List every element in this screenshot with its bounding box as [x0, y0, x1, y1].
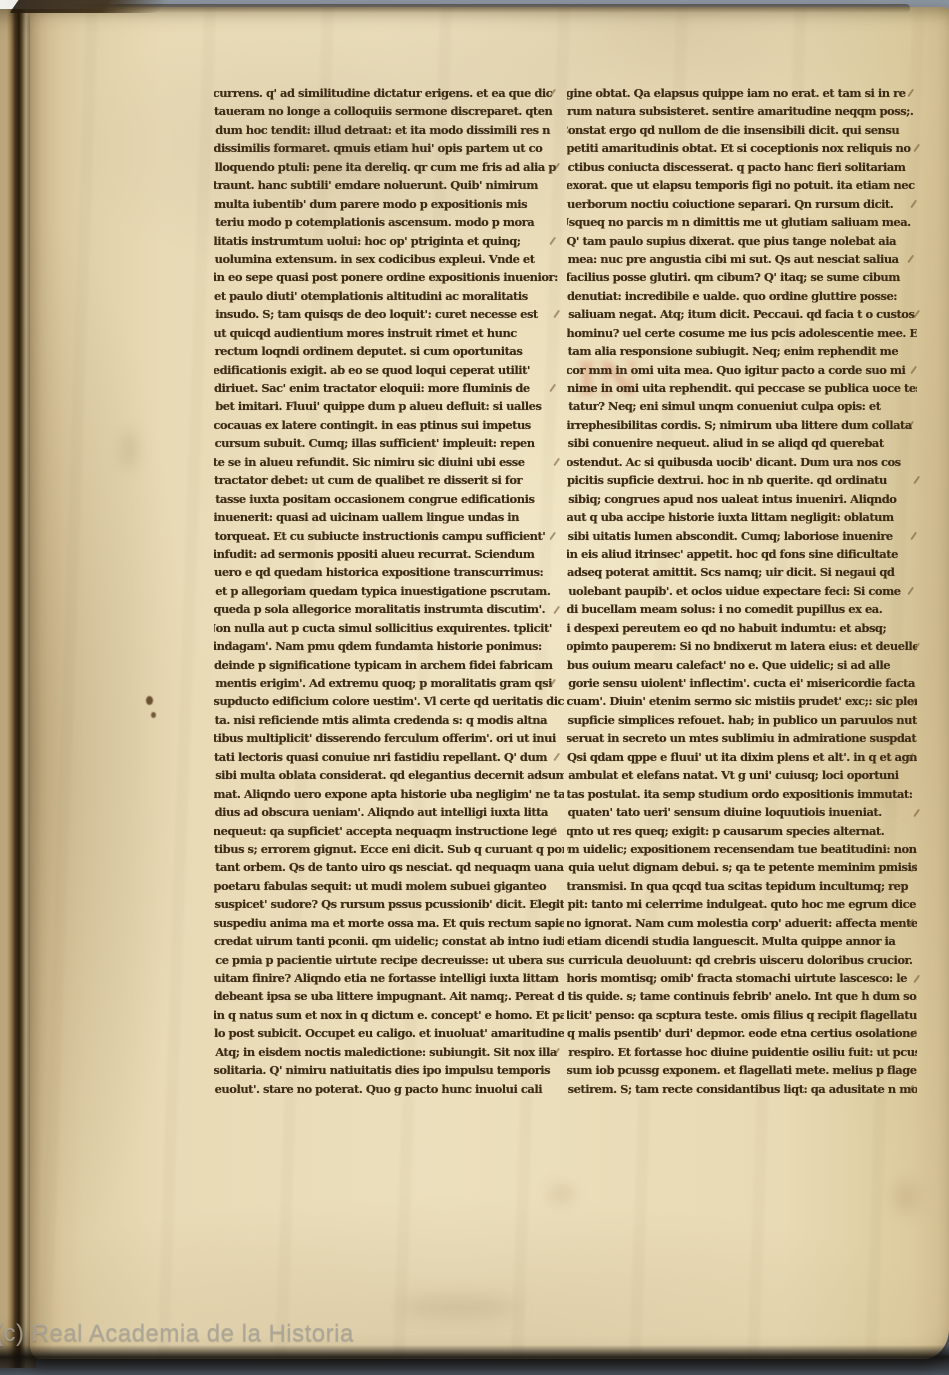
- text-line: Si despexi pereutem eo qd no habuit indu…: [567, 619, 917, 637]
- text-line: mentis erigim'. Ad extremu quoq; p moral…: [215, 674, 564, 692]
- text-line: in eo sepe quasi post ponere ordine expo…: [214, 268, 563, 286]
- text-line: lo post subicit. Occupet eu caligo. et i…: [214, 1024, 564, 1042]
- text-line: diriuet. Sac' enim tractator eloquii: mo…: [214, 379, 564, 397]
- text-line: no ignorat. Nam cum molestia corp' aduer…: [567, 914, 916, 932]
- text-line: supducto edificium colore uestim'. Vl ce…: [214, 692, 563, 710]
- text-line: denutiat: incredibile e ualde. quo ordin…: [567, 287, 917, 305]
- text-line: dum hoc tendit: illud detraat: et ita mo…: [215, 121, 564, 139]
- text-line: Qsi qdam qppe e fluui' ut ita dixim plen…: [567, 748, 917, 766]
- text-line: tibus multiplicit' disserendo ferculum o…: [214, 729, 563, 747]
- text-line: tas postulat. ita semp studium ordo expo…: [567, 785, 916, 803]
- text-line: tibus s; errorem gignut. Ecce eni dicit.…: [214, 840, 564, 858]
- text-line: ostendut. Ac si quibusda uocib' dicant. …: [567, 453, 916, 471]
- text-line: sum iob pcussg exponem. et flagellati me…: [567, 1061, 916, 1079]
- text-line: licit' penso: qa scptura teste. omis fil…: [567, 1006, 916, 1024]
- text-line: dius ad obscura ueniam'. Aliqndo aut int…: [215, 803, 564, 821]
- text-line: Constat ergo qd nullom de die insensibil…: [567, 121, 917, 139]
- text-line: tractator debet: ut cum de qualibet re d…: [214, 471, 564, 489]
- text-line: inuenerit: quasi ad uicinam uallem lingu…: [214, 508, 563, 526]
- text-line: insudo. S; tam quisqs de deo loquit': cu…: [215, 305, 564, 323]
- text-line: ta. nisi reficiende mtis alimta credenda…: [215, 711, 564, 729]
- text-line: tatur? Neq; eni simul unqm conueniut cul…: [568, 397, 917, 415]
- text-line: uolumina extensum. in sex codicibus expl…: [215, 250, 564, 268]
- text-line: bet imitari. Fluui' quippe dum p alueu d…: [215, 397, 564, 415]
- text-line: currens. q' ad similitudine dictatur eri…: [214, 84, 563, 102]
- text-line: in eis aliud itrinsec' appetit. hoc qd f…: [567, 545, 916, 563]
- text-line: cuam'. Diuin' etenim sermo sic mistiis p…: [567, 692, 916, 710]
- text-line: Qm uidelic; expositionem recensendam tue…: [567, 840, 917, 858]
- text-line: teriu modo p cotemplationis ascensum. mo…: [215, 213, 564, 231]
- text-line: traunt. hanc subtili' emdare noluerunt. …: [214, 176, 563, 194]
- text-line: saliuam negat. Atq; itum dicit. Peccaui.…: [568, 305, 917, 323]
- text-line: cursum subuit. Cumq; illas sufficient' i…: [215, 434, 564, 452]
- text-line: sibi conuenire nequeut. aliud in se aliq…: [568, 434, 917, 452]
- text-line: Atq; in eisdem noctis maledictione: subi…: [215, 1043, 564, 1061]
- text-line: seruat in secreto un mtes sublimiu in ad…: [567, 729, 916, 747]
- text-line: tis quide. s; tame continuis febrib' ane…: [568, 987, 917, 1005]
- text-line: adseq poterat amittit. Scs namq; uir dic…: [567, 563, 917, 581]
- text-line: quaten' tato ueri' sensum diuine loquuti…: [568, 803, 917, 821]
- text-line: in q natus sum et nox in q dictum e. con…: [214, 1006, 563, 1024]
- text-line: Usqueq no parcis m n dimittis me ut glut…: [567, 213, 917, 231]
- copyright-watermark: (c) Real Academia de la Historia: [0, 1320, 354, 1348]
- text-line: ce pmia p pacientie uirtute recipe decre…: [215, 951, 564, 969]
- text-line: taueram no longe a colloquiis sermone di…: [214, 102, 564, 120]
- text-line: picitis supficie dextrui. hoc in nb quer…: [567, 471, 917, 489]
- text-line: et paulo diuti' otemplationis altitudini…: [214, 287, 564, 305]
- text-line: indagam'. Nam pmu qdem fundamta historie…: [214, 637, 563, 655]
- text-line: cor mm in omi uita mea. Quo igitur pacto…: [567, 361, 916, 379]
- text-line: litatis instrumtum uolui: hoc op' ptrigi…: [214, 232, 563, 250]
- text-line: q malis psentib' duri' depmor. eode etna…: [567, 1024, 917, 1042]
- text-line: bus ouium mearu calefact' no e. Que uide…: [567, 656, 917, 674]
- text-line: uolebant paupib'. et oclos uidue expecta…: [568, 582, 917, 600]
- text-line: sibi uitatis lumen abscondit. Cumq; labo…: [568, 527, 917, 545]
- text-line: gorie sensu uiolent' inflectim'. cucta e…: [568, 674, 917, 692]
- text-column-right: gine obtat. Qa elapsus quippe iam no era…: [567, 84, 917, 1109]
- text-line: aut q uba accipe historie iuxta littam n…: [567, 508, 916, 526]
- text-line: solitaria. Q' nimiru natiuitatis dies ip…: [214, 1061, 563, 1079]
- text-line: cocauas ex latere contingit. in eas ptin…: [214, 416, 563, 434]
- text-line: queda p sola allegorice moralitatis inst…: [214, 600, 563, 618]
- text-line: mat. Aliqndo uero expone apta historie u…: [214, 785, 563, 803]
- text-line: setirem. S; tam recte considantibus liqt…: [568, 1080, 917, 1098]
- text-line: ut quicqd audientium mores instruit rime…: [214, 324, 563, 342]
- page-bottom-shadow: [0, 1345, 949, 1375]
- text-line: exorat. que ut elapsu temporis figi no p…: [567, 176, 916, 194]
- text-line: supficie simplices refouet. hab; in publ…: [568, 711, 917, 729]
- text-line: suspediu anima ma et morte ossa ma. Et q…: [214, 914, 563, 932]
- text-line: qnto ut res queq; exigit: p causarum spe…: [567, 822, 916, 840]
- text-line: uerborum noctiu coiuctione separari. Qn …: [567, 195, 917, 213]
- text-line: tam alia responsione subiugit. Neq; enim…: [568, 342, 917, 360]
- text-line: pit: tanto mi celerrime indulgeat. quto …: [568, 895, 917, 913]
- text-line: suspicet' sudore? Qs rursum pssus pcussi…: [215, 895, 564, 913]
- text-line: rum natura subsisteret. sentire amaritud…: [567, 102, 917, 120]
- text-line: edificationis exigit. ab eo se quod loqu…: [214, 361, 563, 379]
- text-line: nequeut: qa supficiet' accepta nequaqm i…: [214, 822, 563, 840]
- text-line: petiti amaritudinis obtat. Et si cocepti…: [567, 139, 916, 157]
- text-line: curricula deuoluunt: qd crebris uisceru …: [568, 951, 917, 969]
- text-line: hominu? uel certe cosume me ius pcis ado…: [567, 324, 916, 342]
- text-line: dissimilis formaret. qmuis etiam hui' op…: [214, 139, 563, 157]
- text-line: multa iubentib' dum parere modo p exposi…: [214, 195, 564, 213]
- manuscript-photo: IN currens. q' ad similitudine dictatur …: [0, 0, 949, 1375]
- text-line: ctibus coniucta discesserat. q pacto han…: [568, 158, 917, 176]
- text-line: et p allegoriam quedam typica inuestigat…: [215, 582, 564, 600]
- text-line: etiam dicendi studia languescit. Multa q…: [567, 932, 917, 950]
- text-line: te se in alueu refundit. Sic nimiru sic …: [214, 453, 563, 471]
- text-line: Non nulla aut p cucta simul sollicitius …: [214, 619, 564, 637]
- text-line: opimto pauperem: Si no bndixerut m later…: [567, 637, 916, 655]
- text-line: tasse iuxta positam occasionem congrue e…: [215, 490, 564, 508]
- text-line: rectum loqndi ordinem deputet. si cum op…: [215, 342, 564, 360]
- text-line: nime in omi uita rephendit. qui peccase …: [567, 379, 917, 397]
- text-line: ambulat et elefans natat. Vt g uni' cuiu…: [568, 766, 917, 784]
- text-line: torqueat. Et cu subiucte instructionis c…: [215, 527, 564, 545]
- text-line: credat uirum tanti pconii. qm uidelic; c…: [214, 932, 564, 950]
- text-line: tant orbem. Qs de tanto uiro qs nesciat.…: [215, 858, 564, 876]
- text-line: mea: nuc pre angustia cibi mi sut. Qs au…: [568, 250, 917, 268]
- text-line: uitam finire? Aliqndo etia ne fortasse i…: [214, 969, 563, 987]
- text-line: sibiq; congrues apud nos ualeat intus in…: [568, 490, 917, 508]
- text-line: debeant ipsa se uba littere impugnant. A…: [215, 987, 564, 1005]
- binding-fragment: [9, 0, 168, 13]
- text-line: poetaru fabulas sequit: ut mudi molem su…: [214, 877, 563, 895]
- text-column-left: currens. q' ad similitudine dictatur eri…: [214, 84, 564, 1104]
- text-line: euolut'. stare no poterat. Quo g pacto h…: [215, 1080, 564, 1098]
- text-line: facilius posse glutiri. qm cibum? Q' ita…: [567, 268, 916, 286]
- text-line: infudit: ad sermonis ppositi alueu recur…: [214, 545, 563, 563]
- text-line: deinde p significatione typicam in arche…: [214, 656, 564, 674]
- text-line: irrephesibilitas cordis. S; nimirum uba …: [567, 416, 916, 434]
- text-line: respiro. Et fortasse hoc diuine puidenti…: [568, 1043, 917, 1061]
- text-line: horis momtisq; omib' fracta stomachi uir…: [567, 969, 916, 987]
- text-line: quia uelut dignam debui. s; qa te petent…: [568, 858, 917, 876]
- text-line: gine obtat. Qa elapsus quippe iam no era…: [567, 84, 916, 102]
- text-line: tati lectoris quasi conuiue nri fastidiu…: [214, 748, 564, 766]
- text-line: Q' tam paulo supius dixerat. que pius ta…: [567, 232, 916, 250]
- text-line: lloquendo ptuli: pene ita dereliq. qr cu…: [215, 158, 564, 176]
- text-line: di bucellam meam solus: i no comedit pup…: [567, 600, 916, 618]
- text-line: uero e qd quedam historica expositione t…: [214, 563, 564, 581]
- text-line: sibi multa oblata considerat. qd elegant…: [215, 766, 564, 784]
- text-line: transmisi. In qua qcqd tua scitas tepidu…: [567, 877, 916, 895]
